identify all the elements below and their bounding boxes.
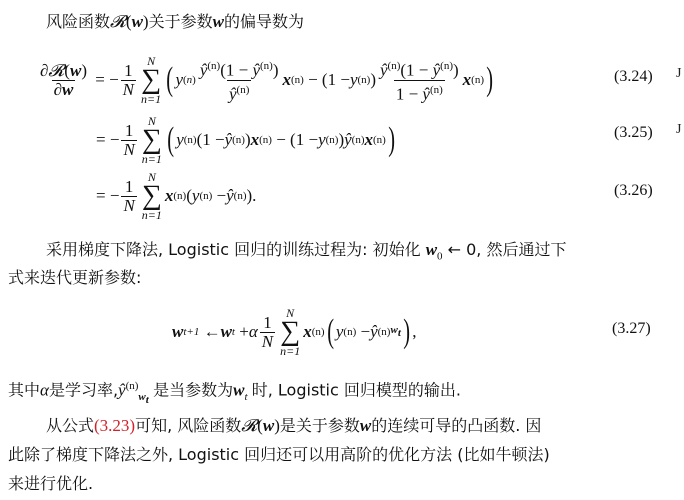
w-symbol: w	[132, 12, 143, 31]
intro-text: 风险函数	[46, 12, 110, 31]
w-symbol: w	[426, 240, 437, 259]
equation-number: (3.26)	[614, 182, 653, 200]
equation-reference-link[interactable]: (3.23)	[94, 416, 135, 435]
para2-text: 其中	[8, 381, 40, 400]
para3-line3: 来进行优化.	[8, 474, 93, 493]
summation: N∑n=1	[141, 55, 161, 105]
para1-line2: 式来迭代更新参数:	[8, 268, 141, 287]
w-symbol: w	[213, 12, 224, 31]
alpha-symbol: α	[40, 381, 49, 400]
clipped-margin-text: J	[676, 122, 681, 138]
paragraph-3-line-3: 来进行优化.	[8, 472, 93, 496]
equation-3-26: = −1N N∑n=1 x(n)(y(n) − ŷ(n)).	[96, 168, 256, 224]
equation-3-27: wt+1 ← wt + α1N N∑n=1 x(n)(y(n) − ŷ(n)wt…	[172, 302, 416, 362]
paragraph-1-line-1: 采用梯度下降法, Logistic 回归的训练过程为: 初始化 w0 ← 0, …	[46, 238, 566, 268]
intro-line: 风险函数𝓡(w)关于参数w的偏导数为	[46, 10, 304, 34]
para3-text: 从公式	[46, 416, 94, 435]
equation-3-25: = −1N N∑n=1 (y(n)(1 − ŷ(n))x(n) − (1 − y…	[96, 112, 397, 168]
clipped-margin-text: J	[676, 66, 681, 82]
para3-text: 可知, 风险函数	[135, 416, 241, 435]
paragraph-3-line-1: 从公式(3.23)可知, 风险函数𝓡(w)是关于参数w的连续可导的凸函数. 因	[46, 414, 541, 438]
risk-symbol: 𝓡	[110, 12, 126, 32]
paragraph-2: 其中α是学习率,ŷ(n)wt 是当参数为wt 时, Logistic 回归模型的…	[8, 374, 461, 412]
intro-text-after: 的偏导数为	[224, 12, 304, 31]
equation-number: (3.24)	[614, 68, 653, 86]
paragraph-3-line-2: 此除了梯度下降法之外, Logistic 回归还可以用高阶的优化方法 (比如牛顿…	[8, 443, 550, 467]
para3-line2: 此除了梯度下降法之外, Logistic 回归还可以用高阶的优化方法 (比如牛顿…	[8, 445, 550, 464]
paragraph-1-line-2: 式来迭代更新参数:	[8, 266, 141, 290]
partial-derivative-fraction: ∂𝓡(w) ∂w	[38, 62, 89, 99]
equation-number: (3.27)	[612, 320, 651, 338]
para3-text: 的连续可导的凸函数. 因	[371, 416, 541, 435]
para2-text: 是学习率,	[49, 381, 118, 400]
equation-number: (3.25)	[614, 124, 653, 142]
intro-text-mid: 关于参数	[149, 12, 213, 31]
para1-text: 采用梯度下降法, Logistic 回归的训练过程为: 初始化	[46, 240, 426, 259]
equation-3-24: ∂𝓡(w) ∂w = −1N N∑n=1 (y(n) ŷ(n)(1 − ŷ(n)…	[36, 50, 495, 110]
para2-text: 是当参数为	[153, 381, 233, 400]
para3-text: 是关于参数	[280, 416, 360, 435]
para2-text: 时, Logistic 回归模型的输出.	[252, 381, 461, 400]
para1-rest: ← 0, 然后通过下	[443, 240, 567, 259]
